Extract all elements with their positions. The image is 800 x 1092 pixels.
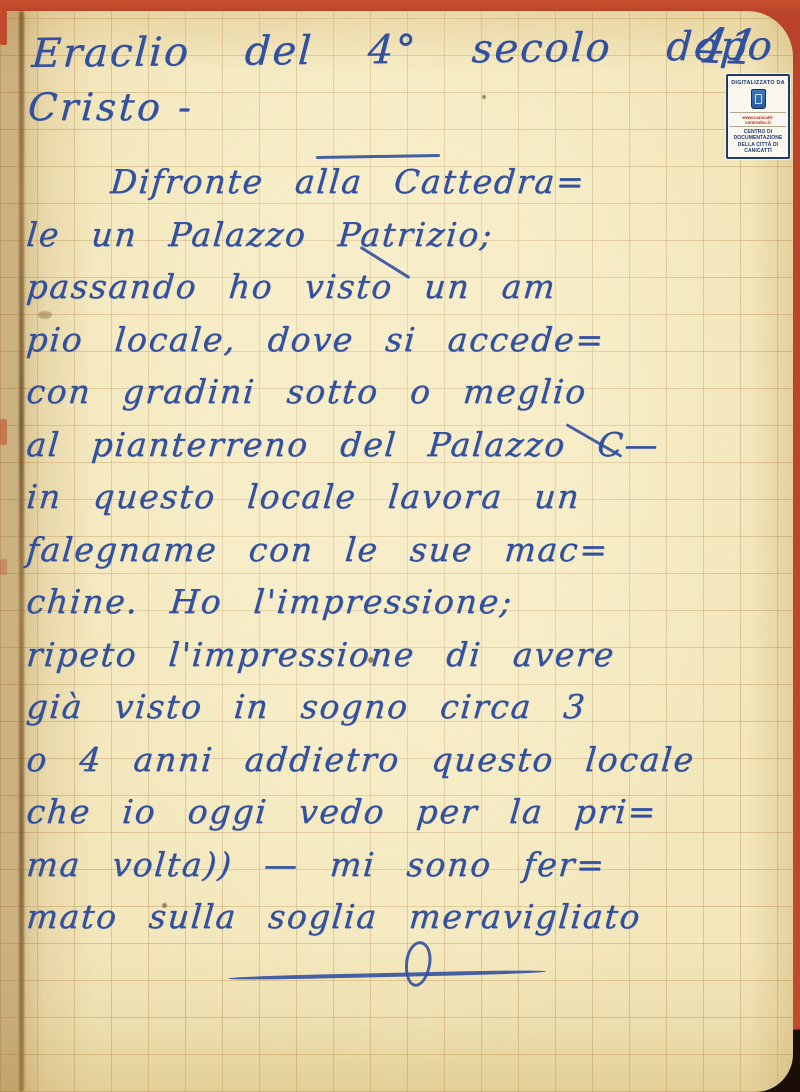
handwritten-line: le un Palazzo Patrizio; bbox=[24, 215, 785, 268]
red-stitch-mark bbox=[0, 11, 7, 45]
handwritten-line: Difronte alla Cattedra= bbox=[24, 162, 785, 215]
handwritten-line: pio locale, dove si accede= bbox=[24, 320, 785, 373]
handwritten-line: già visto in sogno circa 3 bbox=[24, 687, 785, 740]
ink-separator-stroke bbox=[316, 154, 440, 159]
handwritten-line: falegname con le sue mac= bbox=[24, 530, 785, 583]
manuscript-page: Eraclio del 4° secolo dopo Cristo - 41 D… bbox=[0, 11, 793, 1092]
handwritten-line: ripeto l'impressione di avere bbox=[24, 635, 785, 688]
paper-speck bbox=[482, 95, 486, 99]
stamp-header-text: DIGITALIZZATO DA bbox=[730, 80, 786, 86]
stamp-website-text: www.canicatti-centrodoc.it bbox=[730, 112, 786, 127]
heading-line-2: Cristo - bbox=[26, 85, 195, 129]
ink-underline-flourish bbox=[228, 969, 546, 980]
red-stitch-mark bbox=[0, 419, 7, 445]
stamp-org-line-2: DELLA CITTÀ DI CANICATTÌ bbox=[730, 142, 786, 154]
handwritten-line: al pianterreno del Palazzo C— bbox=[24, 425, 785, 478]
handwritten-line: che io oggi vedo per la pri= bbox=[24, 792, 785, 845]
digitization-stamp: DIGITALIZZATO DA www.canicatti-centrodoc… bbox=[726, 74, 790, 159]
shield-inner-glyph bbox=[755, 94, 762, 104]
heading-line-1: Eraclio del 4° secolo dopo bbox=[30, 23, 775, 77]
handwritten-line: con gradini sotto o meglio bbox=[24, 372, 785, 425]
binding-crease bbox=[19, 11, 24, 1092]
red-stitch-mark bbox=[0, 559, 7, 575]
canicatti-shield-icon bbox=[751, 89, 766, 109]
handwritten-line: ma volta)) — mi sono fer= bbox=[24, 845, 785, 898]
handwritten-line: in questo locale lavora un bbox=[24, 477, 785, 530]
manuscript-body: Difronte alla Cattedra= le un Palazzo Pa… bbox=[26, 162, 782, 950]
handwritten-line: o 4 anni addietro questo locale bbox=[24, 740, 785, 793]
stamp-org-line-1: CENTRO DI DOCUMENTAZIONE bbox=[730, 129, 786, 141]
handwritten-line: chine. Ho l'impressione; bbox=[24, 582, 785, 635]
scanned-notebook-page: Eraclio del 4° secolo dopo Cristo - 41 D… bbox=[0, 0, 800, 1092]
handwritten-line: mato sulla soglia meravigliato bbox=[24, 897, 785, 950]
page-number: 41 bbox=[691, 18, 762, 76]
